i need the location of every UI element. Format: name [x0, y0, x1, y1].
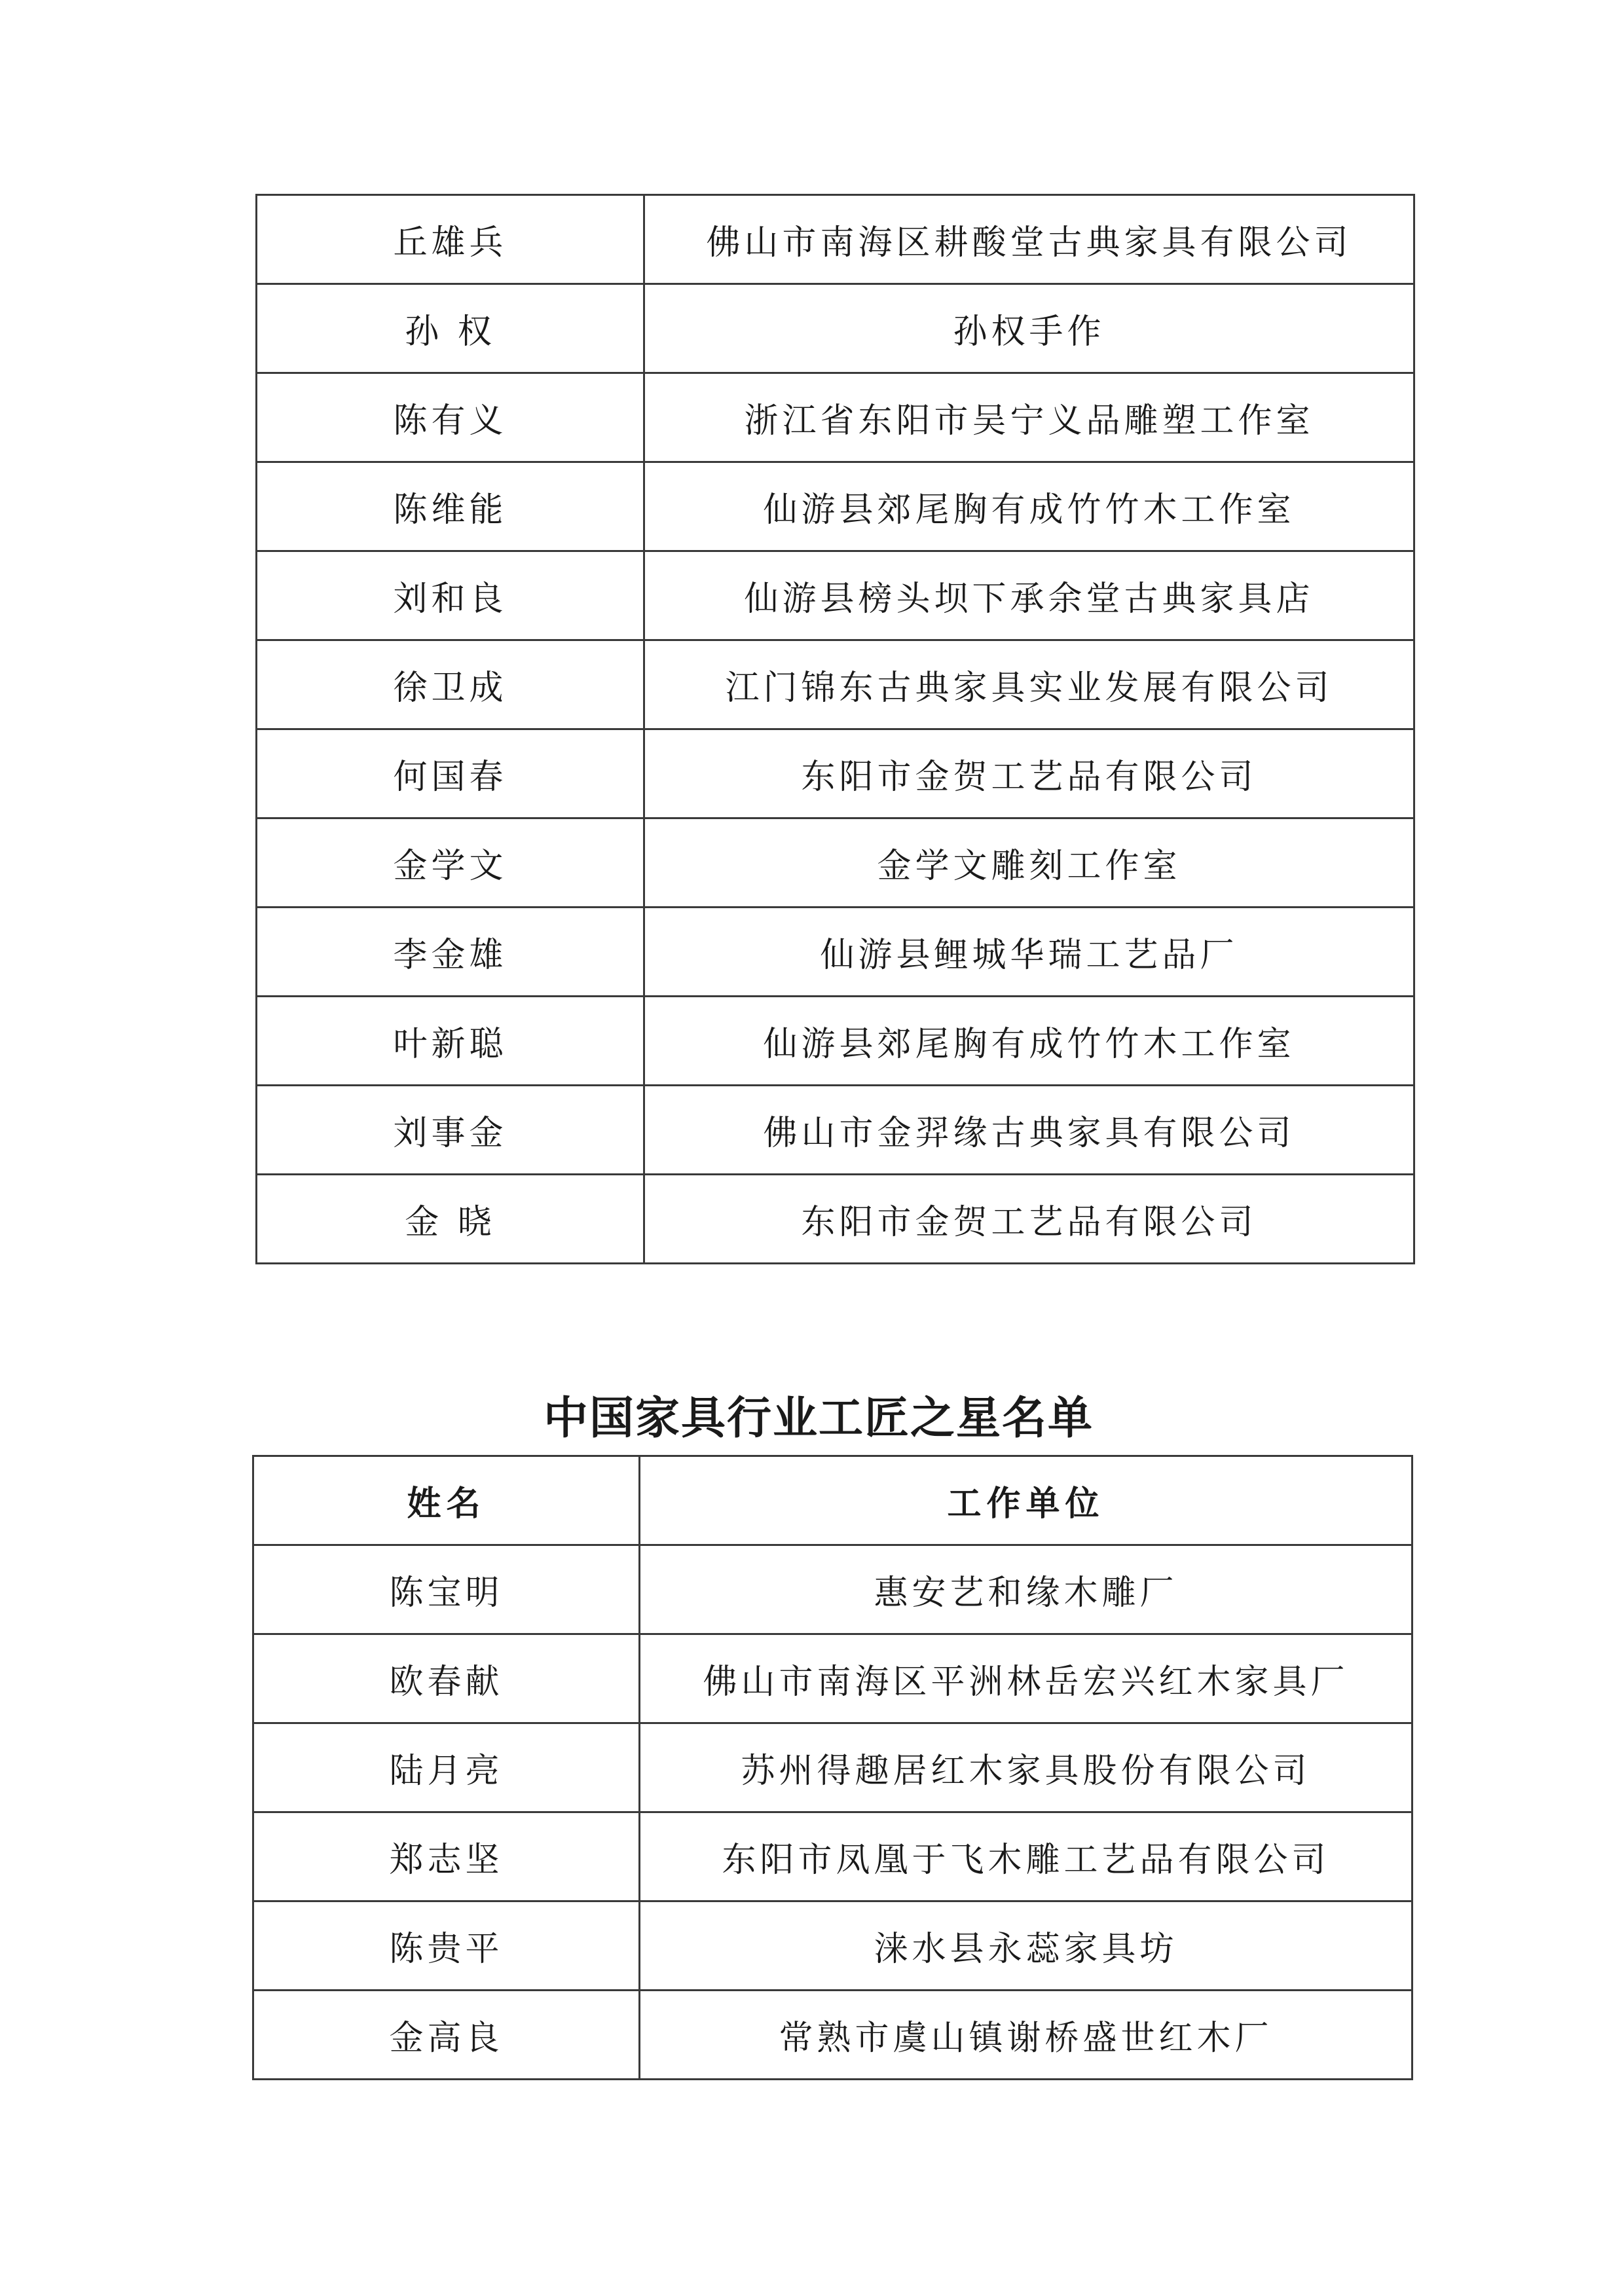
- artisan-list-table-continued: 丘雄兵佛山市南海区耕酸堂古典家具有限公司 孙 权孙权手作 陈有义浙江省东阳市吴宁…: [255, 194, 1415, 1264]
- unit-cell: 仙游县郊尾胸有成竹竹木工作室: [644, 997, 1414, 1086]
- unit-cell: 东阳市金贺工艺品有限公司: [644, 729, 1414, 818]
- name-cell: 郑志坚: [253, 1812, 640, 1901]
- name-cell: 金学文: [257, 818, 644, 908]
- table-row: 陆月亮苏州得趣居红木家具股份有限公司: [253, 1723, 1412, 1812]
- name-cell: 陈维能: [257, 462, 644, 551]
- table-row: 陈宝明惠安艺和缘木雕厂: [253, 1545, 1412, 1634]
- unit-cell: 浙江省东阳市吴宁义品雕塑工作室: [644, 373, 1414, 462]
- unit-cell: 佛山市南海区平洲林岳宏兴红木家具厂: [640, 1634, 1412, 1723]
- name-cell: 陈贵平: [253, 1901, 640, 1991]
- table-row: 李金雄仙游县鲤城华瑞工艺品厂: [257, 908, 1414, 997]
- craftsman-star-list-table: 姓名 工作单位 陈宝明惠安艺和缘木雕厂 欧春献佛山市南海区平洲林岳宏兴红木家具厂…: [252, 1455, 1413, 2080]
- unit-cell: 苏州得趣居红木家具股份有限公司: [640, 1723, 1412, 1812]
- name-cell: 丘雄兵: [257, 195, 644, 284]
- table-row: 刘和良仙游县榜头坝下承余堂古典家具店: [257, 551, 1414, 640]
- unit-cell: 金学文雕刻工作室: [644, 818, 1414, 908]
- unit-cell: 孙权手作: [644, 284, 1414, 373]
- name-cell: 刘和良: [257, 551, 644, 640]
- unit-cell: 东阳市金贺工艺品有限公司: [644, 1175, 1414, 1264]
- table-row: 何国春东阳市金贺工艺品有限公司: [257, 729, 1414, 818]
- table-row: 金学文金学文雕刻工作室: [257, 818, 1414, 908]
- table-row: 欧春献佛山市南海区平洲林岳宏兴红木家具厂: [253, 1634, 1412, 1723]
- unit-cell: 佛山市金羿缘古典家具有限公司: [644, 1086, 1414, 1175]
- name-cell: 孙 权: [257, 284, 644, 373]
- header-unit: 工作单位: [640, 1456, 1412, 1545]
- table-row: 孙 权孙权手作: [257, 284, 1414, 373]
- unit-cell: 仙游县鲤城华瑞工艺品厂: [644, 908, 1414, 997]
- table-row: 刘事金佛山市金羿缘古典家具有限公司: [257, 1086, 1414, 1175]
- table-row: 金高良常熟市虞山镇谢桥盛世红木厂: [253, 1991, 1412, 2080]
- name-cell: 刘事金: [257, 1086, 644, 1175]
- unit-cell: 常熟市虞山镇谢桥盛世红木厂: [640, 1991, 1412, 2080]
- table-row: 陈维能仙游县郊尾胸有成竹竹木工作室: [257, 462, 1414, 551]
- table-row: 陈有义浙江省东阳市吴宁义品雕塑工作室: [257, 373, 1414, 462]
- name-cell: 陈有义: [257, 373, 644, 462]
- table-header-row: 姓名 工作单位: [253, 1456, 1412, 1545]
- section-title: 中国家具行业工匠之星名单: [0, 1383, 1624, 1446]
- name-cell: 陆月亮: [253, 1723, 640, 1812]
- name-cell: 徐卫成: [257, 640, 644, 729]
- name-cell: 李金雄: [257, 908, 644, 997]
- unit-cell: 仙游县郊尾胸有成竹竹木工作室: [644, 462, 1414, 551]
- unit-cell: 涞水县永蕊家具坊: [640, 1901, 1412, 1991]
- unit-cell: 东阳市凤凰于飞木雕工艺品有限公司: [640, 1812, 1412, 1901]
- header-name: 姓名: [253, 1456, 640, 1545]
- name-cell: 叶新聪: [257, 997, 644, 1086]
- name-cell: 金高良: [253, 1991, 640, 2080]
- table-row: 丘雄兵佛山市南海区耕酸堂古典家具有限公司: [257, 195, 1414, 284]
- table-row: 金 晓东阳市金贺工艺品有限公司: [257, 1175, 1414, 1264]
- table-row: 郑志坚东阳市凤凰于飞木雕工艺品有限公司: [253, 1812, 1412, 1901]
- name-cell: 欧春献: [253, 1634, 640, 1723]
- name-cell: 金 晓: [257, 1175, 644, 1264]
- unit-cell: 仙游县榜头坝下承余堂古典家具店: [644, 551, 1414, 640]
- unit-cell: 惠安艺和缘木雕厂: [640, 1545, 1412, 1634]
- unit-cell: 江门锦东古典家具实业发展有限公司: [644, 640, 1414, 729]
- unit-cell: 佛山市南海区耕酸堂古典家具有限公司: [644, 195, 1414, 284]
- table-row: 陈贵平涞水县永蕊家具坊: [253, 1901, 1412, 1991]
- table-row: 叶新聪仙游县郊尾胸有成竹竹木工作室: [257, 997, 1414, 1086]
- table-row: 徐卫成江门锦东古典家具实业发展有限公司: [257, 640, 1414, 729]
- name-cell: 何国春: [257, 729, 644, 818]
- name-cell: 陈宝明: [253, 1545, 640, 1634]
